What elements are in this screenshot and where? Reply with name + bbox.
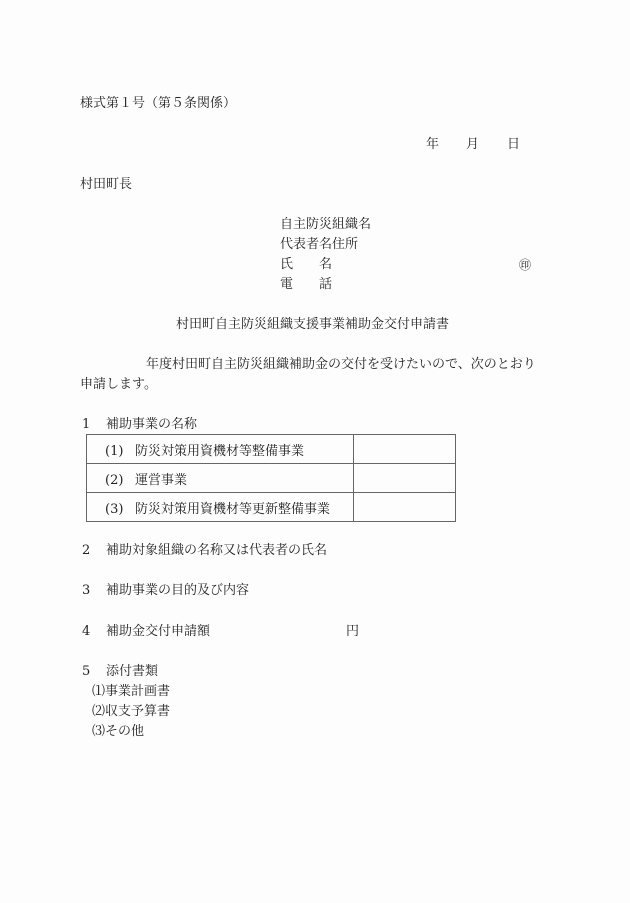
seal-icon: ㊞ <box>519 257 531 273</box>
applicant-rep-address-label: 代表者名住所 <box>280 237 358 253</box>
section-3-number: 3 <box>82 583 90 599</box>
attachment-item: ⑶その他 <box>92 724 144 740</box>
section-5-number: 5 <box>82 664 90 680</box>
section-4-label: 補助金交付申請額 <box>106 624 210 640</box>
document-title: 村田町自主防災組織支援事業補助金交付申請書 <box>176 317 449 333</box>
table-row: (3)防災対策用資機材等更新整備事業 <box>87 493 456 522</box>
body-line-2: 申請します。 <box>80 377 157 393</box>
row-value-cell <box>354 435 456 464</box>
row-name: 防災対策用資機材等更新整備事業 <box>135 502 330 517</box>
row-number: (3) <box>105 502 135 517</box>
row-number: (1) <box>105 444 135 459</box>
section-2-label: 補助対象組織の名称又は代表者の氏名 <box>106 543 327 559</box>
applicant-org-name-label: 自主防災組織名 <box>280 217 371 233</box>
table-row: (2)運営事業 <box>87 464 456 493</box>
subsidy-project-table: (1)防災対策用資機材等整備事業 (2)運営事業 (3)防災対策用資機材等更新整… <box>86 434 456 522</box>
section-1-label: 補助事業の名称 <box>106 417 197 433</box>
form-number: 様式第１号（第５条関係） <box>80 96 236 112</box>
row-number: (2) <box>105 473 135 488</box>
section-2-number: 2 <box>82 543 90 559</box>
date-day: 日 <box>507 137 520 153</box>
section-5-label: 添付書類 <box>106 664 158 680</box>
applicant-phone-label-1: 電 <box>280 277 293 293</box>
section-4-number: 4 <box>82 624 90 640</box>
row-value-cell <box>354 493 456 522</box>
row-value-cell <box>354 464 456 493</box>
date-month: 月 <box>466 137 479 153</box>
section-1-number: 1 <box>82 417 90 433</box>
row-name: 防災対策用資機材等整備事業 <box>135 444 304 459</box>
applicant-name-label-2: 名 <box>319 257 332 273</box>
attachment-item: ⑴事業計画書 <box>92 684 170 700</box>
addressee: 村田町長 <box>80 177 132 193</box>
section-3-label: 補助事業の目的及び内容 <box>106 583 249 599</box>
applicant-name-label-1: 氏 <box>280 257 293 273</box>
applicant-phone-label-2: 話 <box>319 277 332 293</box>
table-row: (1)防災対策用資機材等整備事業 <box>87 435 456 464</box>
section-4-unit: 円 <box>346 624 359 640</box>
row-name: 運営事業 <box>135 473 187 488</box>
attachment-item: ⑵収支予算書 <box>92 704 170 720</box>
body-line-1: 年度村田町自主防災組織補助金の交付を受けたいので、次のとおり <box>146 357 536 373</box>
date-year: 年 <box>426 137 439 153</box>
